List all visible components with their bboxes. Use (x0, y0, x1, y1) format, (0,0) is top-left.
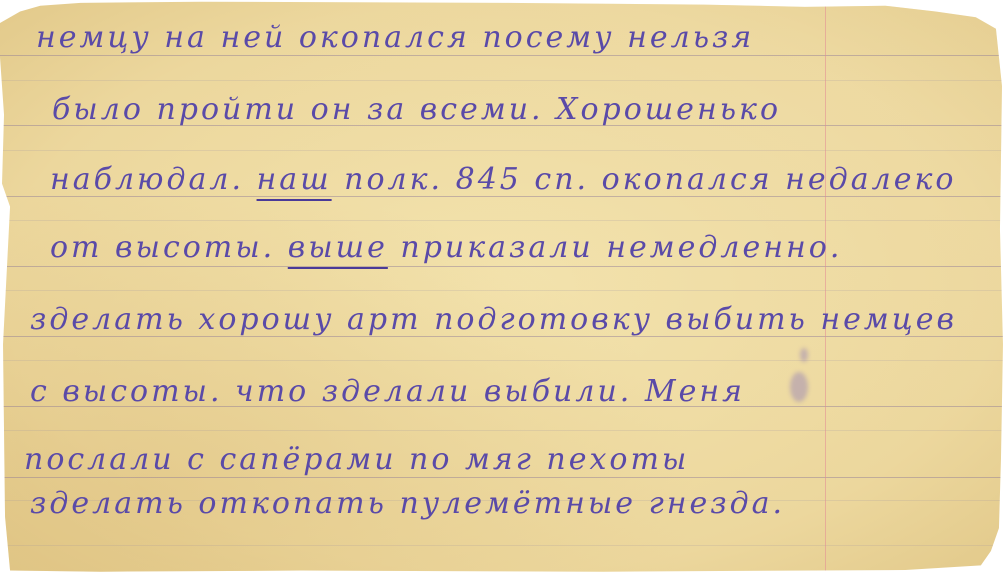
underlined-word: наш (257, 162, 332, 197)
ruled-line (0, 150, 1006, 151)
ruled-line (0, 220, 1006, 221)
line-text: приказали немедленно. (388, 230, 843, 265)
line-text: послали с сапёрами по мяг пехоты (24, 442, 689, 477)
handwritten-line-4: от высоты. выше приказали немедленно. (50, 228, 842, 268)
underlined-word: выше (288, 230, 388, 265)
ruled-line (0, 545, 1006, 546)
line-text: было пройти он за всеми. Хорошенько (52, 92, 781, 127)
handwritten-line-7: послали с сапёрами по мяг пехоты (24, 440, 689, 480)
line-text: немцу на ней окопался посему нельзя (36, 20, 754, 55)
ruled-line (0, 290, 1006, 291)
line-text: с высоты. что зделали выбили. Меня (30, 374, 745, 409)
ruled-line (0, 430, 1006, 431)
handwritten-line-3: наблюдал. наш полк. 845 сп. окопался нед… (50, 160, 956, 200)
handwritten-line-2: было пройти он за всеми. Хорошенько (52, 90, 781, 130)
margin-line (825, 0, 826, 574)
handwritten-line-8: зделать откопать пулемётные гнезда. (30, 484, 785, 524)
line-text: от высоты. (50, 230, 288, 265)
handwritten-line-6: с высоты. что зделали выбили. Меня (30, 372, 745, 412)
line-text: зделать откопать пулемётные гнезда. (30, 486, 785, 521)
line-text: зделать хорошу арт подготовку выбить нем… (30, 302, 957, 337)
ink-blot (790, 372, 808, 402)
handwritten-line-1: немцу на ней окопался посему нельзя (36, 18, 754, 58)
line-text: наблюдал. (50, 162, 257, 197)
line-text: полк. 845 сп. окопался недалеко (332, 162, 957, 197)
ruled-line (0, 360, 1006, 361)
ink-blot (800, 348, 808, 362)
ruled-line (0, 80, 1006, 81)
letter-paper: немцу на ней окопался посему нельзя было… (0, 0, 1006, 574)
handwritten-line-5: зделать хорошу арт подготовку выбить нем… (30, 300, 957, 340)
